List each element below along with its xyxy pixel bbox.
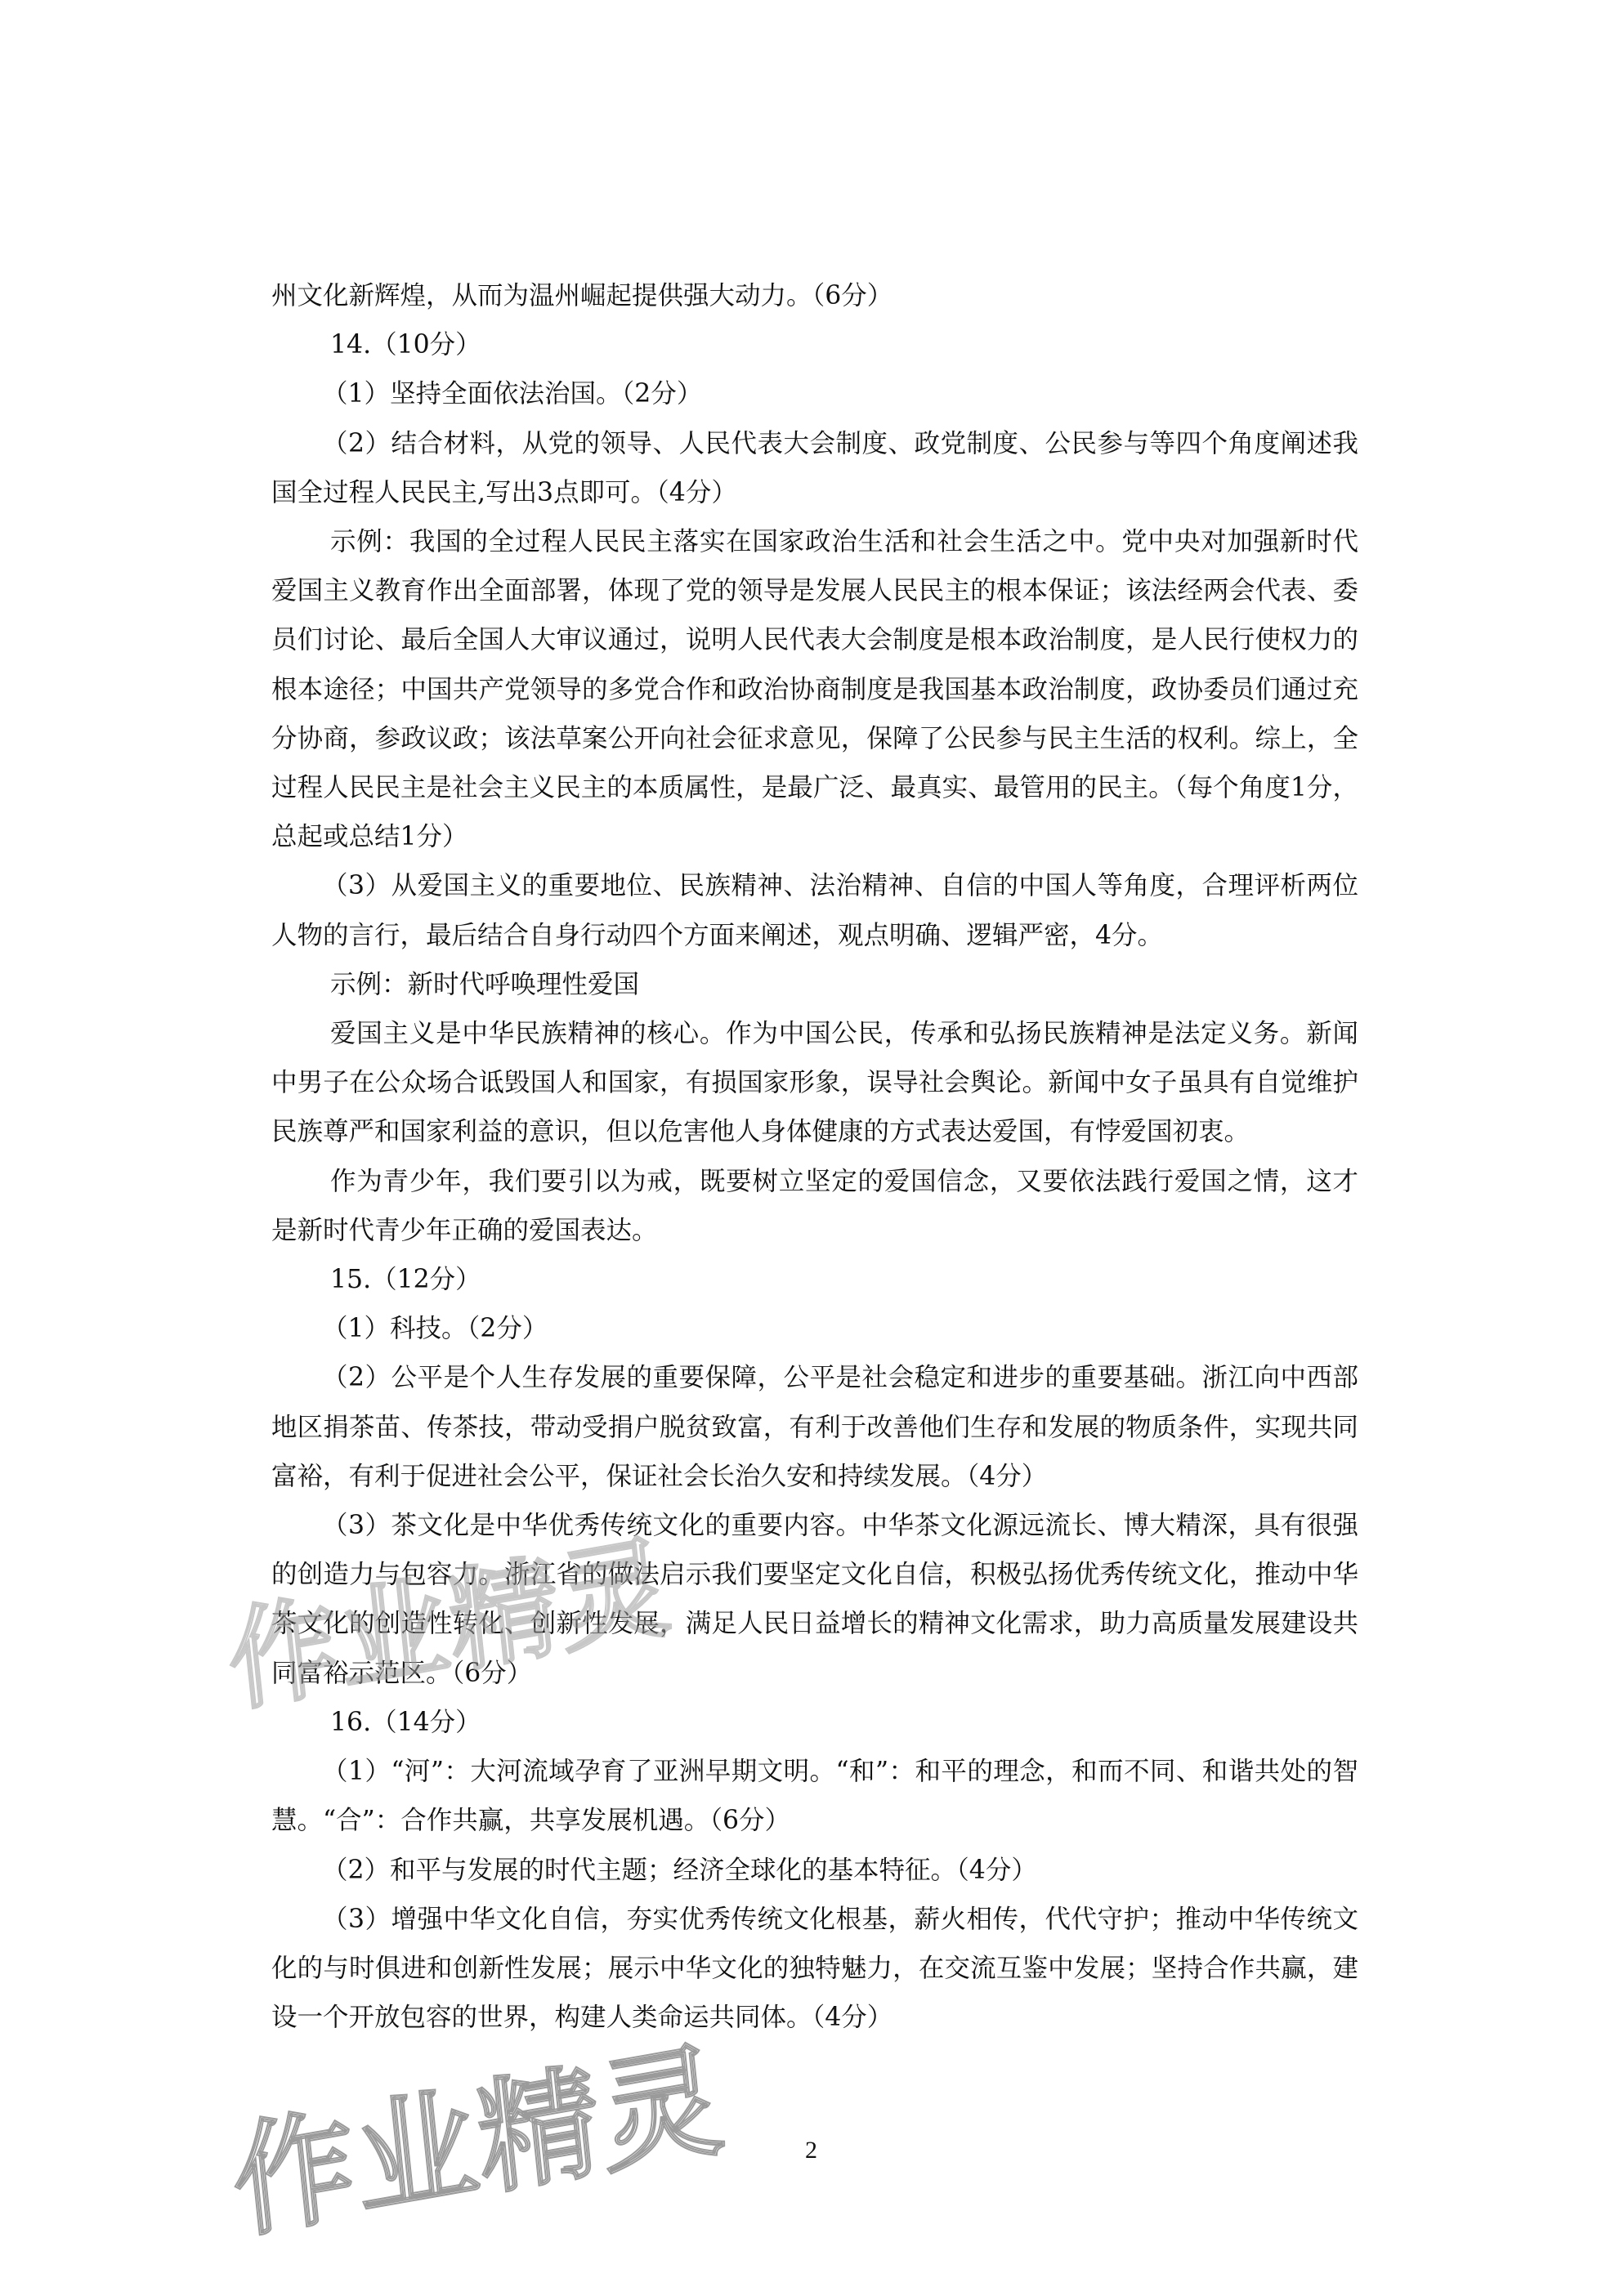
q14-part-2: （2）结合材料，从党的领导、人民代表大会制度、政党制度、公民参与等四个角度阐述我… [271,419,1358,517]
question-14-heading: 14.（10分） [271,320,1358,369]
page-number: 2 [805,2137,817,2164]
question-16-heading: 16.（14分） [271,1698,1358,1747]
q14-part-3-example-title: 示例：新时代呼唤理性爱国 [271,960,1358,1009]
answer-key-body: 州文化新辉煌，从而为温州崛起提供强大动力。（6分） 14.（10分） （1）坚持… [271,271,1358,2042]
q14-part-3: （3）从爱国主义的重要地位、民族精神、法治精神、自信的中国人等角度，合理评析两位… [271,861,1358,959]
q16-part-1: （1）“河”：大河流域孕育了亚洲早期文明。“和”：和平的理念，和而不同、和谐共处… [271,1747,1358,1845]
q16-part-2: （2）和平与发展的时代主题；经济全球化的基本特征。（4分） [271,1846,1358,1895]
q16-part-3: （3）增强中华文化自信，夯实优秀传统文化根基，薪火相传，代代守护；推动中华传统文… [271,1895,1358,2043]
q14-part-3-example-body-1: 爱国主义是中华民族精神的核心。作为中国公民，传承和弘扬民族精神是法定义务。新闻中… [271,1009,1358,1157]
q14-part-3-example-body-2: 作为青少年，我们要引以为戒，既要树立坚定的爱国信念，又要依法践行爱国之情，这才是… [271,1157,1358,1255]
question-15-heading: 15.（12分） [271,1255,1358,1304]
q15-part-3: （3）茶文化是中华优秀传统文化的重要内容。中华茶文化源远流长、博大精深，具有很强… [271,1501,1358,1698]
q15-part-2: （2）公平是个人生存发展的重要保障，公平是社会稳定和进步的重要基础。浙江向中西部… [271,1353,1358,1501]
document-page: 州文化新辉煌，从而为温州崛起提供强大动力。（6分） 14.（10分） （1）坚持… [0,0,1624,2296]
q14-part-1: （1）坚持全面依法治国。（2分） [271,369,1358,418]
q14-part-2-example: 示例：我国的全过程人民民主落实在国家政治生活和社会生活之中。党中央对加强新时代爱… [271,517,1358,861]
paragraph-13-end: 州文化新辉煌，从而为温州崛起提供强大动力。（6分） [271,271,1358,320]
q15-part-1: （1）科技。（2分） [271,1304,1358,1353]
